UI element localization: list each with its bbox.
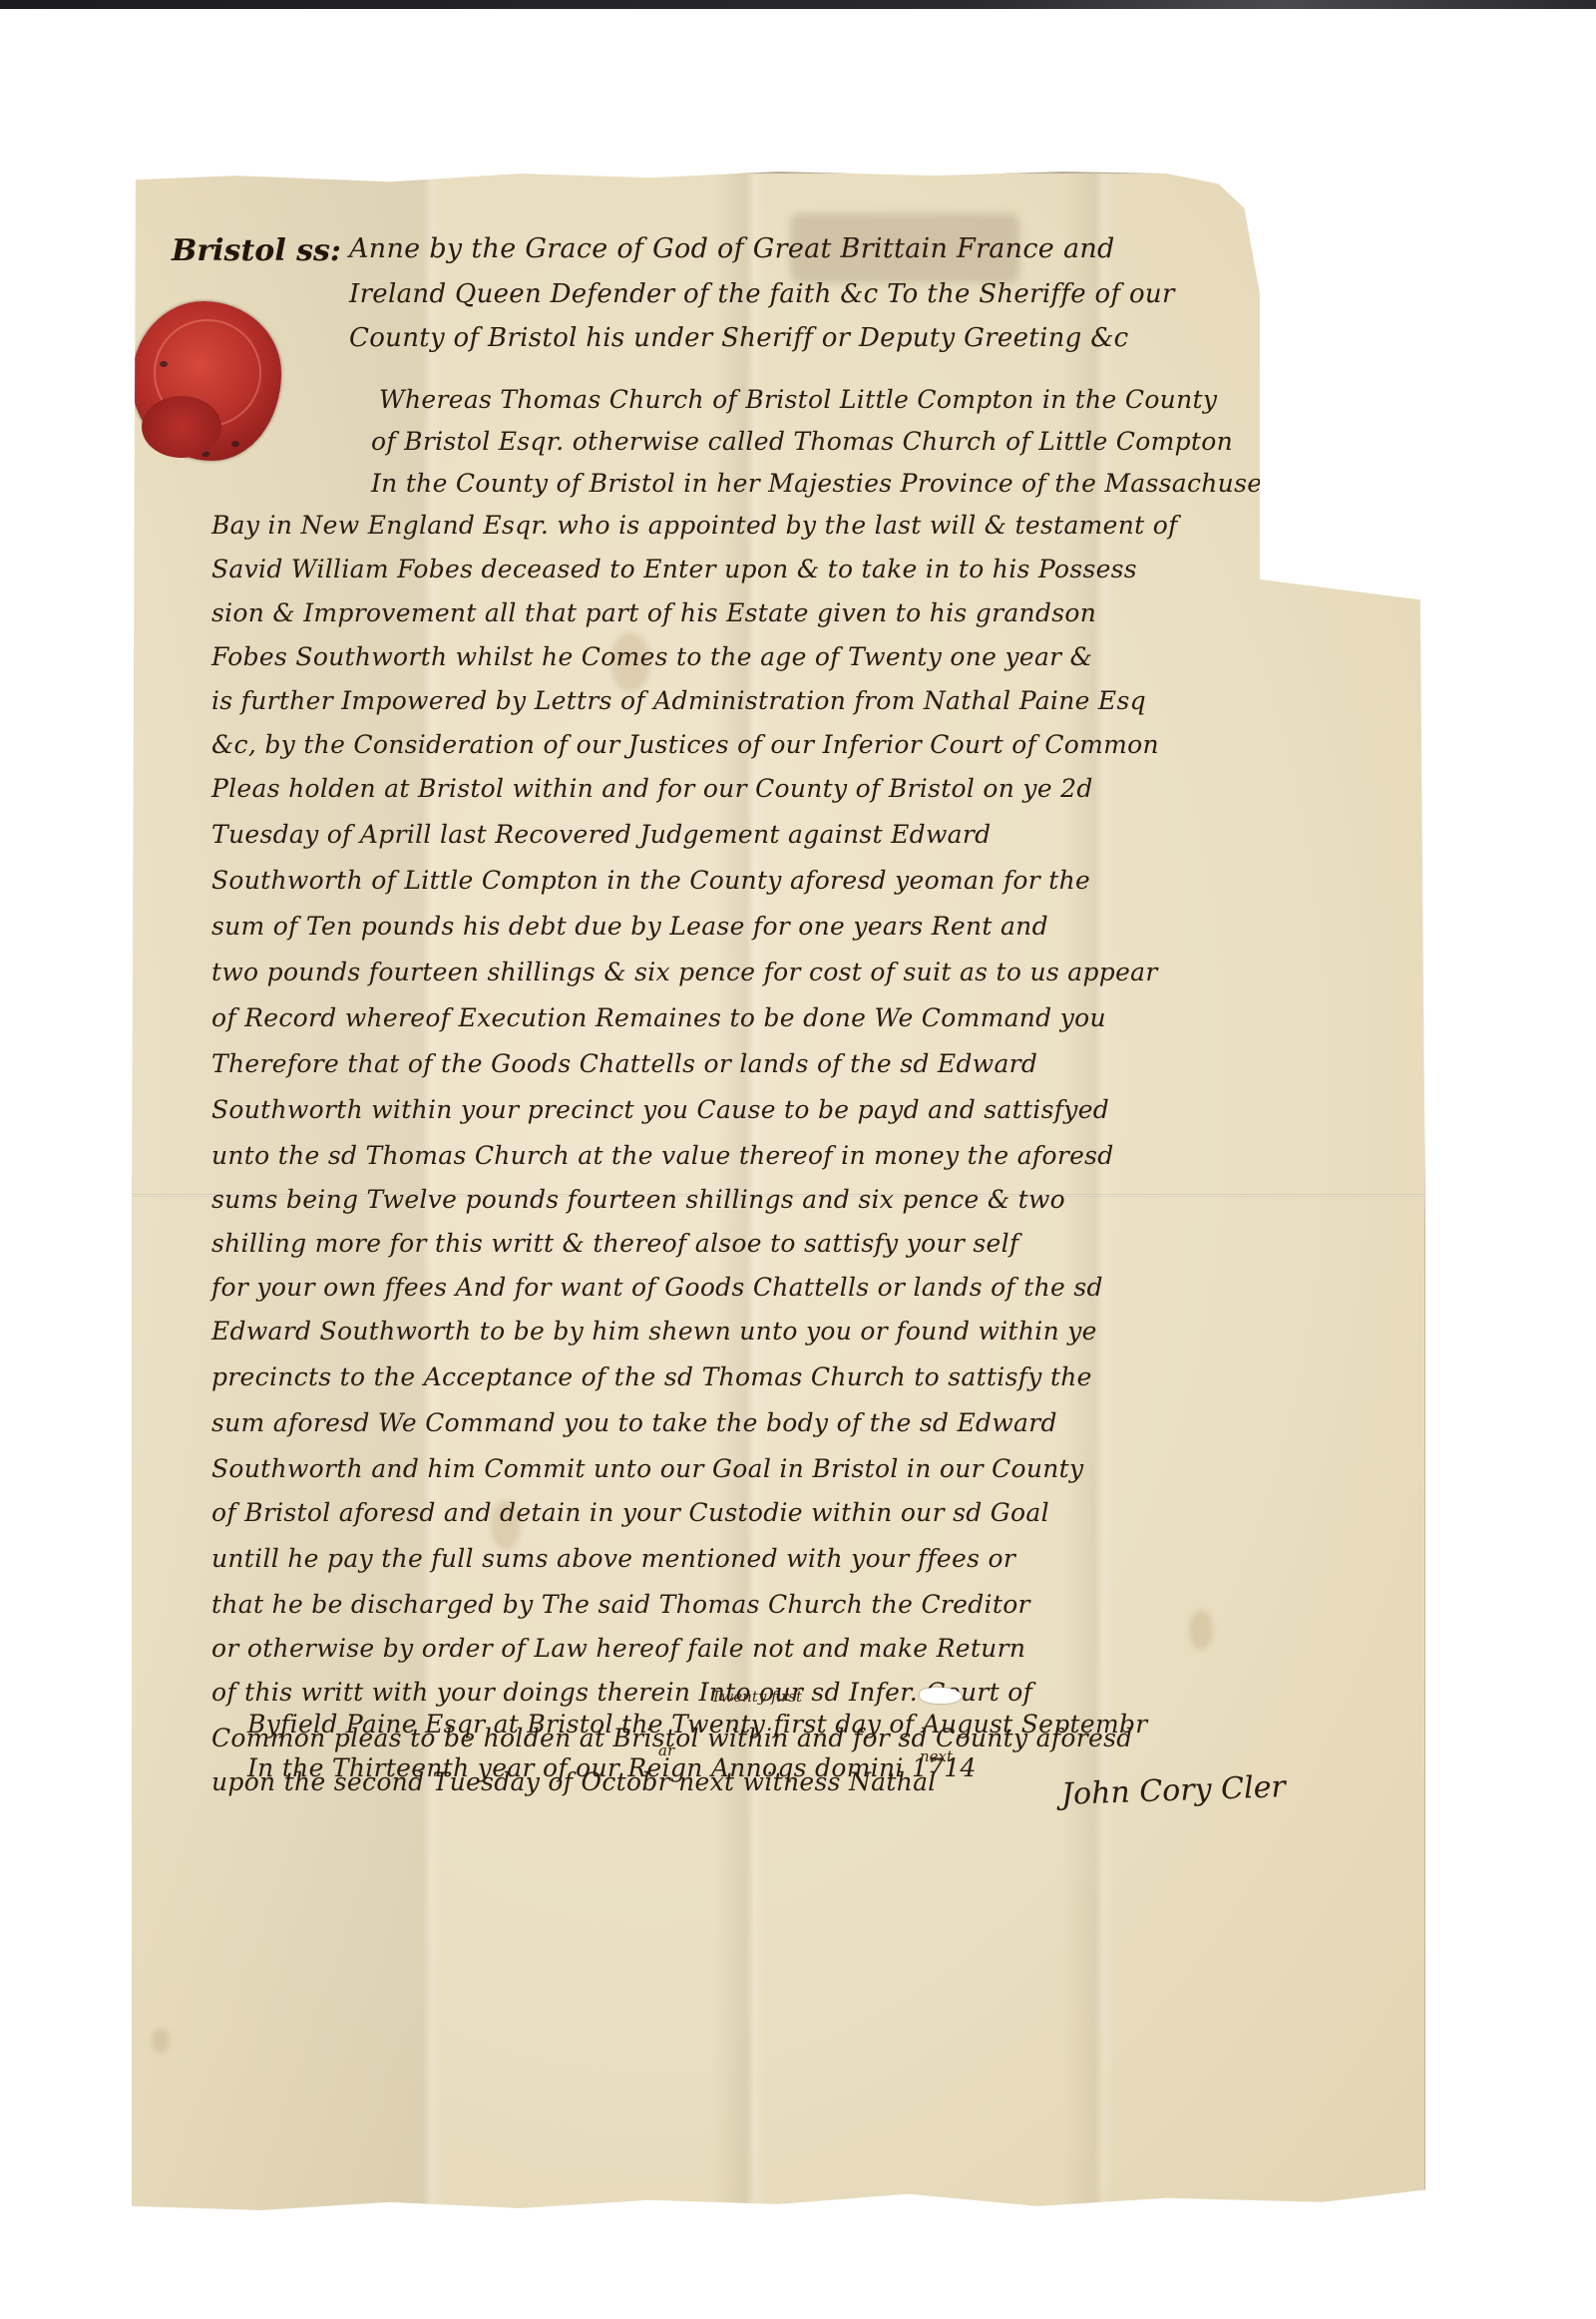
- text-line: or otherwise by order of Law hereof fail…: [211, 1636, 1025, 1661]
- text-line: Bay in New England Esqr. who is appointe…: [211, 513, 1178, 538]
- text-line: sums being Twelve pounds fourteen shilli…: [211, 1187, 1065, 1212]
- text-line: Edward Southworth to be by him shewn unt…: [211, 1319, 1097, 1344]
- text-line: Tuesday of Aprill last Recovered Judgeme…: [211, 822, 991, 847]
- text-line: that he be discharged by The said Thomas…: [211, 1592, 1030, 1617]
- county-heading: Bristol ss:: [172, 233, 341, 268]
- text-line: untill he pay the full sums above mentio…: [211, 1546, 1015, 1571]
- scanner-edge-strip: [0, 0, 1596, 9]
- text-line: In the Thirteenth year of our Reign Anno…: [247, 1755, 977, 1780]
- text-line: Fobes Southworth whilst he Comes to the …: [211, 644, 1092, 669]
- text-line: Whereas Thomas Church of Bristol Little …: [379, 387, 1217, 412]
- text-line: sum aforesd We Command you to take the b…: [211, 1410, 1057, 1435]
- text-line: Savid William Fobes deceased to Enter up…: [211, 557, 1137, 581]
- text-line: Ireland Queen Defender of the faith &c T…: [349, 281, 1175, 307]
- text-line: &c, by the Consideration of our Justices…: [211, 732, 1159, 757]
- text-line: precincts to the Acceptance of the sd Th…: [211, 1364, 1092, 1389]
- text-line: In the County of Bristol in her Majestie…: [371, 471, 1296, 496]
- manuscript-page: Bristol ss: Anne by the Grace of God of …: [132, 172, 1425, 2210]
- text-line: of Bristol Esqr. otherwise called Thomas…: [371, 429, 1233, 454]
- text-line: County of Bristol his under Sheriff or D…: [349, 325, 1129, 351]
- text-line: Therefore that of the Goods Chattells or…: [211, 1051, 1037, 1076]
- paper-hole: [920, 1688, 962, 1704]
- text-line: Pleas holden at Bristol within and for o…: [211, 776, 1093, 801]
- text-line: Southworth of Little Compton in the Coun…: [211, 868, 1090, 893]
- text-line: of Bristol aforesd and detain in your Cu…: [211, 1500, 1049, 1525]
- text-line: sum of Ten pounds his debt due by Lease …: [211, 914, 1048, 939]
- text-line: shilling more for this writt & thereof a…: [211, 1231, 1018, 1256]
- text-line: for your own ffees And for want of Goods…: [211, 1275, 1103, 1300]
- text-line: is further Impowered by Lettrs of Admini…: [211, 688, 1146, 713]
- text-line: Southworth and him Commit unto our Goal …: [211, 1456, 1083, 1481]
- text-line: of Record whereof Execution Remaines to …: [211, 1005, 1106, 1030]
- text-line: unto the sd Thomas Church at the value t…: [211, 1143, 1114, 1168]
- writ-text: Bristol ss: Anne by the Grace of God of …: [132, 174, 1424, 2210]
- text-line: two pounds fourteen shillings & six penc…: [211, 960, 1158, 984]
- text-line: Byfield Paine Esqr at Bristol the Twenty…: [247, 1712, 1148, 1737]
- interlinear-note: Twenty first: [711, 1688, 802, 1706]
- text-line: Anne by the Grace of God of Great Britta…: [349, 235, 1115, 262]
- text-line: of this writt with your doings therein I…: [211, 1680, 1032, 1705]
- text-line: Southworth within your precinct you Caus…: [211, 1097, 1109, 1122]
- text-line: sion & Improvement all that part of his …: [211, 600, 1096, 625]
